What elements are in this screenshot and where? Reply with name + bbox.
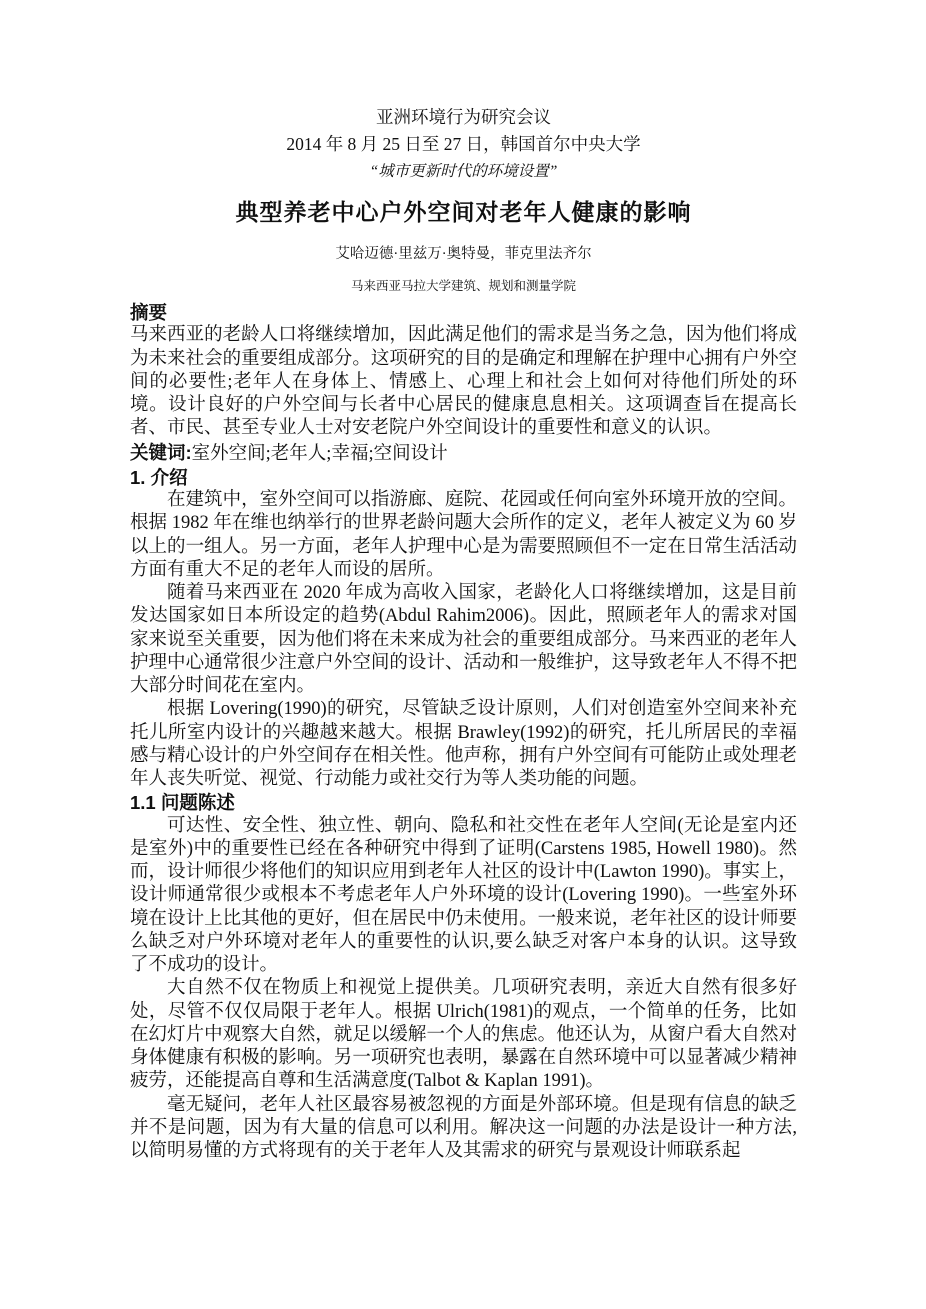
authors: 艾哈迈德·里兹万·奥特曼，菲克里法齐尔	[130, 244, 797, 264]
intro-paragraph-2: 随着马来西亚在 2020 年成为高收入国家，老龄化人口将继续增加，这是目前发达国…	[130, 582, 797, 698]
conference-date-location: 2014 年 8 月 25 日至 27 日，韩国首尔中央大学	[130, 131, 797, 158]
section-heading-problem-statement: 1.1 问题陈述	[130, 791, 797, 814]
text-column: 亚洲环境行为研究会议 2014 年 8 月 25 日至 27 日，韩国首尔中央大…	[0, 0, 926, 1163]
conference-theme-quote: “城市更新时代的环境设置”	[130, 158, 797, 185]
problem-paragraph-3: 毫无疑问，老年人社区最容易被忽视的方面是外部环境。但是现有信息的缺乏并不是问题，…	[130, 1094, 797, 1164]
keywords-value: 室外空间;老年人;幸福;空间设计	[192, 444, 448, 464]
keywords-label: 关键词:	[130, 442, 192, 463]
document-body: 摘要 马来西亚的老龄人口将继续增加，因此满足他们的需求是当务之急，因为他们将成为…	[130, 301, 797, 1163]
keywords-line: 关键词:室外空间;老年人;幸福;空间设计	[130, 441, 797, 466]
conference-name: 亚洲环境行为研究会议	[130, 104, 797, 131]
intro-paragraph-3: 根据 Lovering(1990)的研究，尽管缺乏设计原则，人们对创造室外空间来…	[130, 698, 797, 791]
paper-title: 典型养老中心户外空间对老年人健康的影响	[130, 197, 797, 227]
problem-paragraph-1: 可达性、安全性、独立性、朝向、隐私和社交性在老年人空间(无论是室内还是室外)中的…	[130, 815, 797, 978]
abstract-text: 马来西亚的老龄人口将继续增加，因此满足他们的需求是当务之急，因为他们将成为未来社…	[130, 324, 797, 440]
problem-paragraph-2: 大自然不仅在物质上和视觉上提供美。几项研究表明，亲近大自然有很多好处，尽管不仅仅…	[130, 977, 797, 1093]
affiliation: 马来西亚马拉大学建筑、规划和测量学院	[130, 277, 797, 295]
document-page: 亚洲环境行为研究会议 2014 年 8 月 25 日至 27 日，韩国首尔中央大…	[0, 0, 926, 1309]
intro-paragraph-1: 在建筑中，室外空间可以指游廊、庭院、花园或任何向室外环境开放的空间。根据 198…	[130, 489, 797, 582]
abstract-heading: 摘要	[130, 301, 797, 324]
section-heading-introduction: 1. 介绍	[130, 466, 797, 489]
